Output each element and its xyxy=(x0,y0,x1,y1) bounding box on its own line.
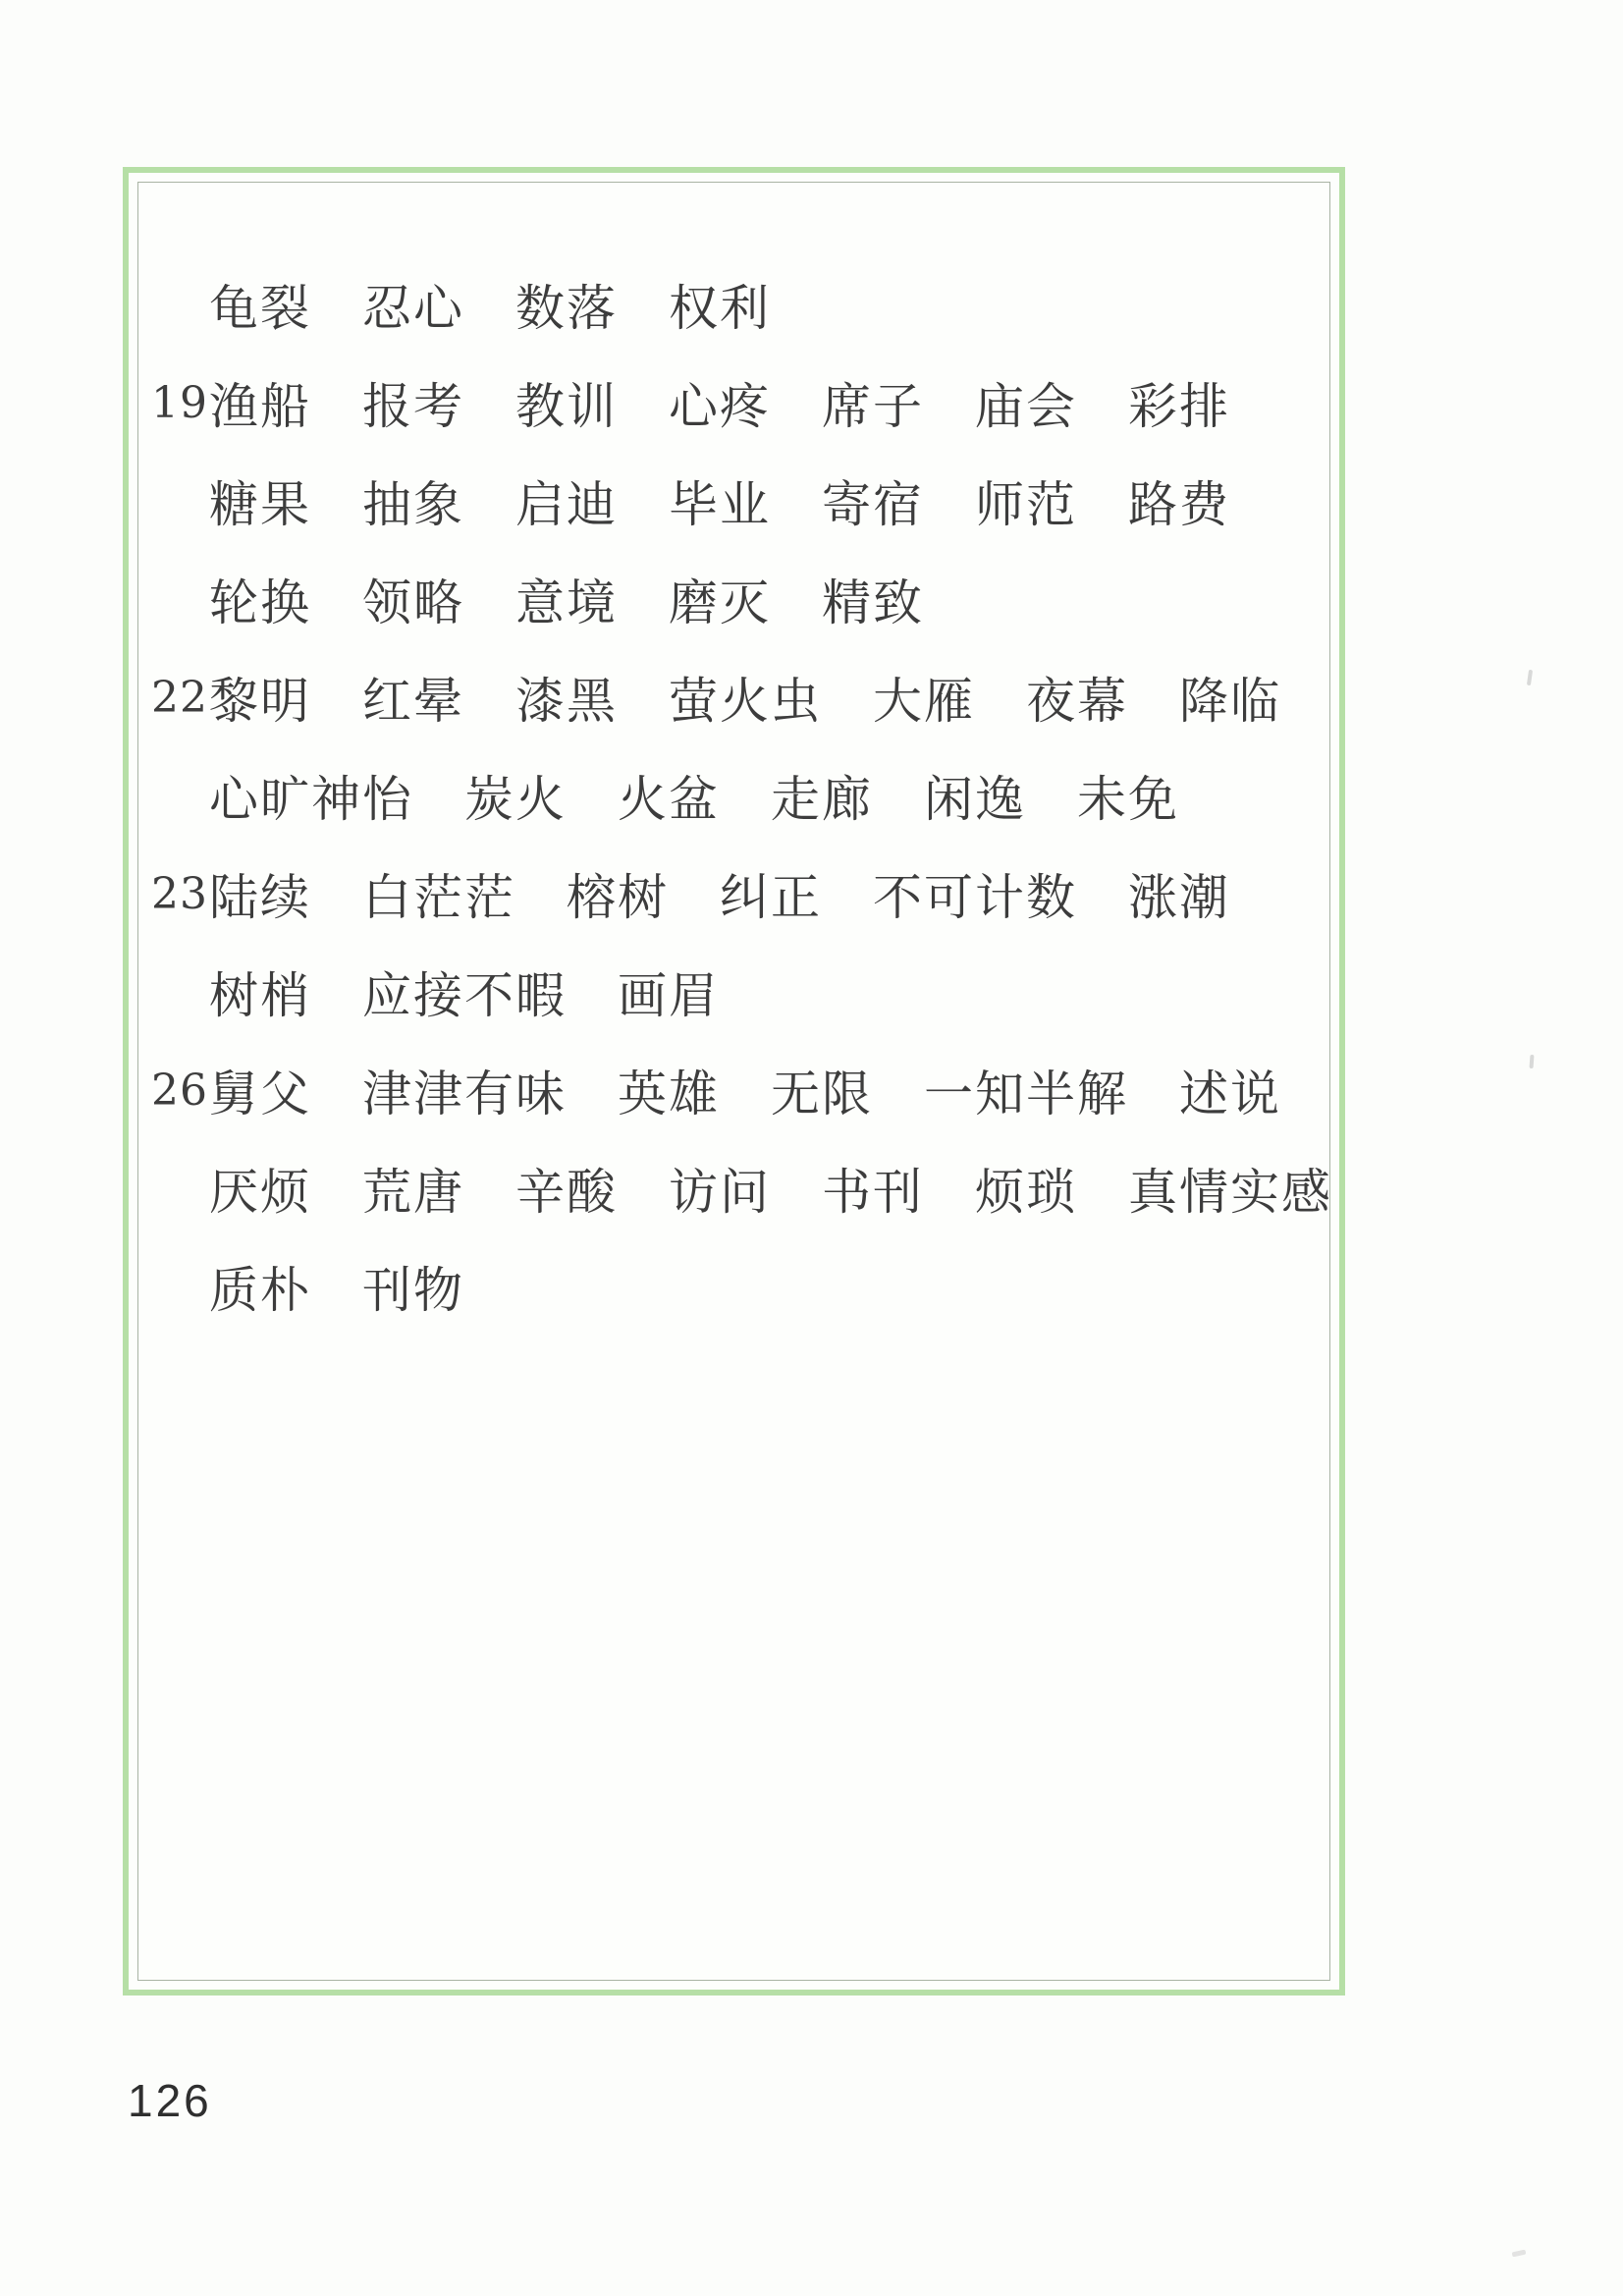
vocab-line: 树梢应接不暇画眉 xyxy=(129,943,1339,1041)
lesson-number: 23 xyxy=(151,869,209,919)
vocab-word: 心疼 xyxy=(669,367,771,438)
vocab-line: 心旷神怡炭火火盆走廊闲逸未免 xyxy=(129,746,1339,845)
page-frame: 龟裂忍心数落权利19渔船报考教训心疼席子庙会彩排糖果抽象启迪毕业寄宿师范路费轮换… xyxy=(123,167,1345,1995)
vocab-word: 辛酸 xyxy=(515,1153,618,1224)
vocab-line: 22黎明红晕漆黑萤火虫大雁夜幕降临 xyxy=(129,648,1339,746)
vocab-line: 厌烦荒唐辛酸访问书刊烦琐真情实感 xyxy=(129,1139,1339,1237)
scan-artifact xyxy=(1527,670,1533,685)
vocab-word: 大雁 xyxy=(873,662,975,733)
vocab-word: 启迪 xyxy=(515,465,618,536)
vocab-word: 真情实感 xyxy=(1128,1153,1332,1224)
vocab-word: 渔船 xyxy=(209,367,311,438)
vocab-word: 意境 xyxy=(515,564,618,634)
vocab-word: 述说 xyxy=(1179,1055,1281,1125)
vocab-word: 心旷神怡 xyxy=(209,760,413,831)
vocab-word: 树梢 xyxy=(209,957,311,1027)
vocab-word: 榕树 xyxy=(567,858,669,929)
lesson-number: 19 xyxy=(151,378,209,428)
vocab-word: 权利 xyxy=(669,269,771,340)
vocab-word: 庙会 xyxy=(975,367,1077,438)
vocab-word: 路费 xyxy=(1128,465,1230,536)
vocab-word: 糖果 xyxy=(209,465,311,536)
vocab-line: 轮换领略意境磨灭精致 xyxy=(129,550,1339,648)
vocab-word: 教训 xyxy=(515,367,618,438)
vocab-word: 闲逸 xyxy=(924,760,1026,831)
vocab-word: 白茫茫 xyxy=(362,858,515,929)
vocab-word: 舅父 xyxy=(209,1055,311,1125)
vocab-word: 无限 xyxy=(771,1055,873,1125)
vocab-line: 质朴刊物 xyxy=(129,1237,1339,1336)
vocab-word: 龟裂 xyxy=(209,269,311,340)
lesson-number: 22 xyxy=(151,673,209,723)
vocab-word: 席子 xyxy=(822,367,924,438)
vocab-word: 陆续 xyxy=(209,858,311,929)
vocab-word: 纠正 xyxy=(720,858,822,929)
vocab-word: 英雄 xyxy=(618,1055,720,1125)
vocab-word: 磨灭 xyxy=(669,564,771,634)
vocab-word: 夜幕 xyxy=(1026,662,1128,733)
vocab-word: 漆黑 xyxy=(515,662,618,733)
vocab-word: 不可计数 xyxy=(873,858,1077,929)
vocab-word: 火盆 xyxy=(618,760,720,831)
word-lines: 龟裂忍心数落权利19渔船报考教训心疼席子庙会彩排糖果抽象启迪毕业寄宿师范路费轮换… xyxy=(129,255,1339,1336)
vocab-word: 降临 xyxy=(1179,662,1281,733)
vocab-word: 走廊 xyxy=(771,760,873,831)
vocab-word: 荒唐 xyxy=(362,1153,464,1224)
vocab-line: 龟裂忍心数落权利 xyxy=(129,255,1339,354)
scan-artifact xyxy=(1530,1055,1535,1068)
vocab-word: 一知半解 xyxy=(924,1055,1128,1125)
vocab-word: 涨潮 xyxy=(1128,858,1230,929)
vocab-word: 津津有味 xyxy=(362,1055,567,1125)
vocab-line: 19渔船报考教训心疼席子庙会彩排 xyxy=(129,354,1339,452)
scan-artifact xyxy=(1512,2250,1527,2258)
vocab-word: 黎明 xyxy=(209,662,311,733)
vocab-word: 数落 xyxy=(515,269,618,340)
vocab-word: 忍心 xyxy=(362,269,464,340)
vocab-word: 毕业 xyxy=(669,465,771,536)
vocab-word: 师范 xyxy=(975,465,1077,536)
lesson-number: 26 xyxy=(151,1066,209,1116)
vocab-word: 轮换 xyxy=(209,564,311,634)
vocab-word: 书刊 xyxy=(822,1153,924,1224)
vocab-word: 画眉 xyxy=(618,957,720,1027)
vocab-word: 抽象 xyxy=(362,465,464,536)
vocab-word: 报考 xyxy=(362,367,464,438)
vocab-word: 萤火虫 xyxy=(669,662,822,733)
vocab-word: 彩排 xyxy=(1128,367,1230,438)
vocab-word: 质朴 xyxy=(209,1251,311,1322)
vocab-word: 刊物 xyxy=(362,1251,464,1322)
vocab-word: 厌烦 xyxy=(209,1153,311,1224)
vocab-line: 23陆续白茫茫榕树纠正不可计数涨潮 xyxy=(129,845,1339,943)
vocab-word: 精致 xyxy=(822,564,924,634)
vocab-word: 红晕 xyxy=(362,662,464,733)
vocab-line: 糖果抽象启迪毕业寄宿师范路费 xyxy=(129,452,1339,550)
vocab-line: 26舅父津津有味英雄无限一知半解述说 xyxy=(129,1041,1339,1139)
vocab-word: 寄宿 xyxy=(822,465,924,536)
vocab-word: 炭火 xyxy=(464,760,567,831)
vocab-word: 领略 xyxy=(362,564,464,634)
page-number: 126 xyxy=(128,2074,212,2127)
vocab-word: 烦琐 xyxy=(975,1153,1077,1224)
vocab-word: 应接不暇 xyxy=(362,957,567,1027)
vocab-word: 未免 xyxy=(1077,760,1179,831)
vocab-word: 访问 xyxy=(669,1153,771,1224)
